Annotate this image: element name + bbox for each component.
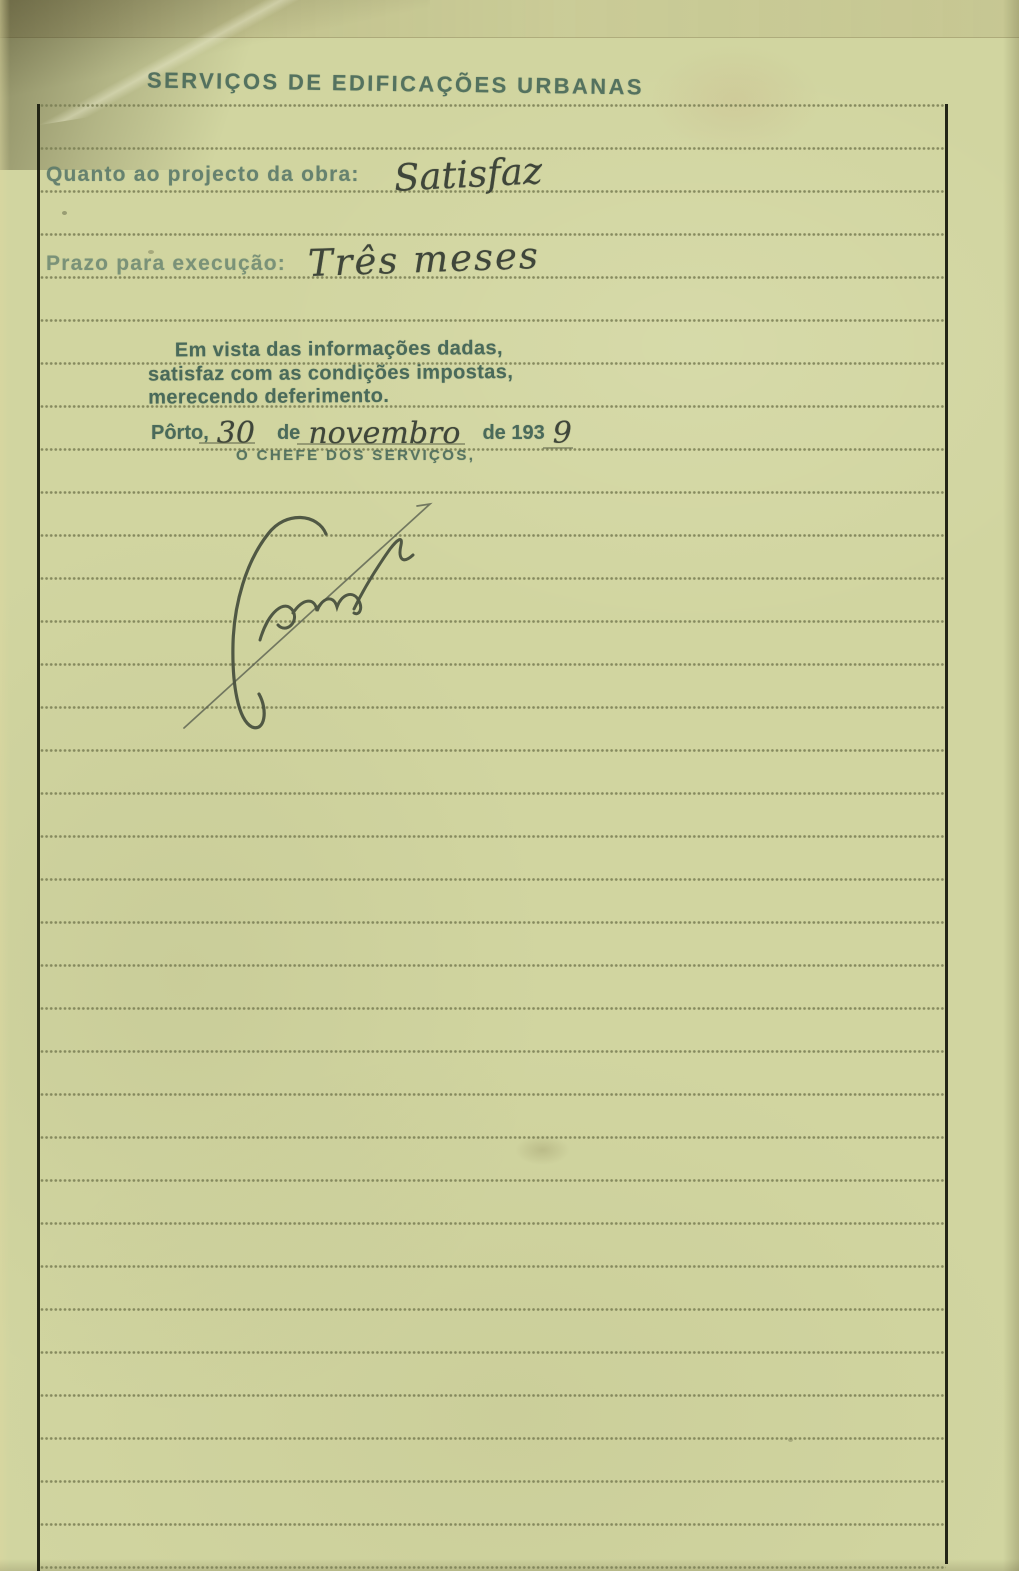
handwritten-year-digit: 9 <box>553 416 572 451</box>
de-year-label: de 193 <box>482 422 544 444</box>
signature-final-flick <box>354 539 413 609</box>
decision-line-3: merecendo deferimento. <box>148 383 608 410</box>
left-page-edge <box>0 0 10 1571</box>
scanned-form-page: SERVIÇOS DE EDIFICAÇÕES URBANAS Quanto a… <box>0 0 1019 1571</box>
right-margin-rule <box>945 104 948 1564</box>
handwritten-day: 30 <box>217 416 255 451</box>
decision-line-2: satisfaz com as condições impostas, <box>148 360 608 387</box>
decision-stamp: Em vista das informações dadas, satisfaz… <box>148 336 608 410</box>
signature-main-loop <box>233 517 326 727</box>
field-label-prazo: Prazo para execução: <box>46 252 286 276</box>
year-underline <box>543 447 573 449</box>
ruled-dotted-lines <box>40 104 946 1570</box>
day-underline <box>199 442 255 444</box>
signature-scribble <box>168 482 468 742</box>
month-underline <box>297 443 465 445</box>
handwritten-prazo-value: Três meses <box>307 234 540 285</box>
right-page-edge-shadow <box>1003 0 1019 1571</box>
city-label: Pôrto, <box>151 422 209 444</box>
decision-line-1: Em vista das informações dadas, <box>148 336 608 363</box>
left-margin-rule <box>37 104 40 1571</box>
handwritten-projecto-value: Satisfaz <box>393 149 543 200</box>
chief-of-services-label: O CHEFE DOS SERVIÇOS, <box>236 447 475 464</box>
de-label-1: de <box>277 422 300 444</box>
date-line: Pôrto,30denovembrode 1939 <box>151 416 572 451</box>
pencil-diagonal-stroke <box>184 504 430 728</box>
field-label-projecto: Quanto ao projecto da obra: <box>46 163 360 187</box>
signature-letters <box>260 594 361 640</box>
handwritten-month: novembro <box>308 416 460 451</box>
